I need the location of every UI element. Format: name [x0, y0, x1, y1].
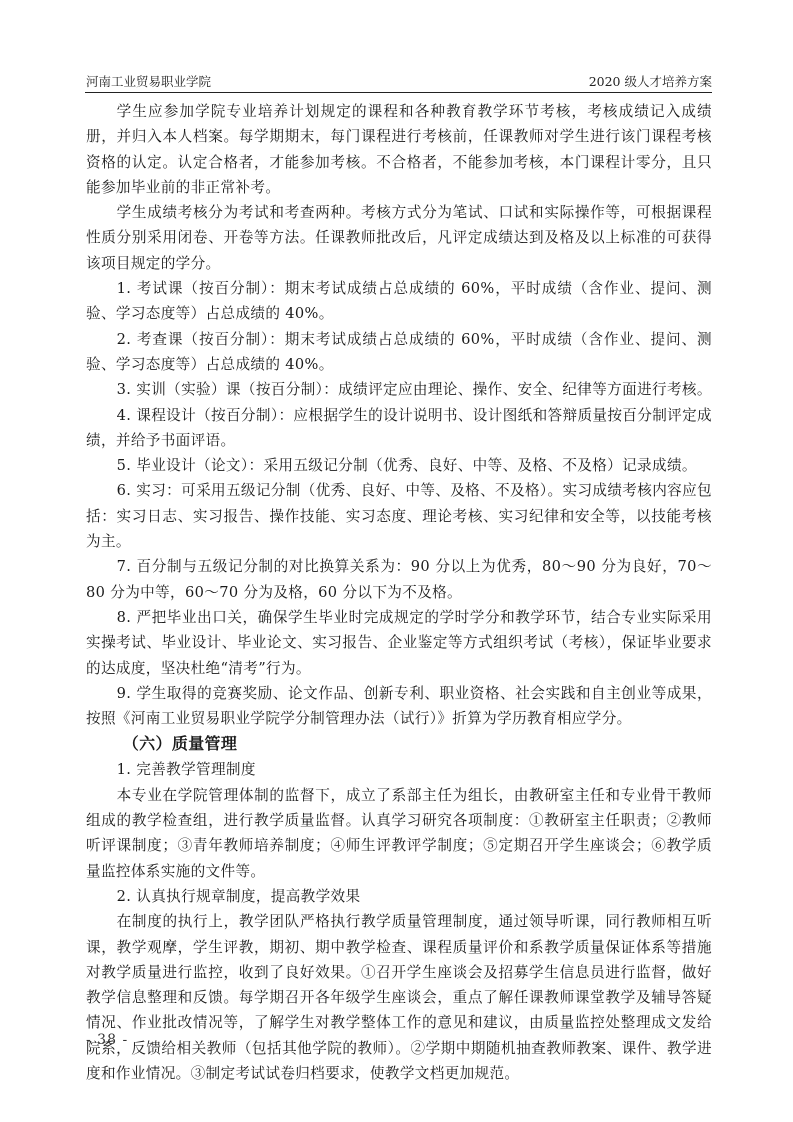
section-heading-quality-management: （六）质量管理: [86, 731, 712, 757]
list-item-graduation-design: 5. 毕业设计（论文）：采用五级记分制（优秀、良好、中等、及格、不及格）记录成绩…: [86, 453, 712, 478]
running-header: 河南工业贸易职业学院 2020 级人才培养方案: [85, 72, 712, 93]
page-number: - 38 -: [86, 1032, 128, 1048]
subheading-execute-rules: 2. 认真执行规章制度，提高教学效果: [86, 884, 712, 909]
list-item-grade-conversion: 7. 百分制与五级记分制的对比换算关系为：90 分以上为优秀，80～90 分为良…: [86, 554, 712, 605]
header-document-title: 2020 级人才培养方案: [589, 72, 712, 92]
paragraph-teaching-management: 本专业在学院管理体制的监督下，成立了系部主任为组长，由教研室主任和专业骨干教师组…: [86, 783, 712, 884]
list-item-exam-course: 1. 考试课（按百分制）：期末考试成绩占总成绩的 60%，平时成绩（含作业、提问…: [86, 276, 712, 327]
list-item-check-course: 2. 考查课（按百分制）：期末考试成绩占总成绩的 60%，平时成绩（含作业、提问…: [86, 327, 712, 378]
page-body: 学生应参加学院专业培养计划规定的课程和各种教育教学环节考核，考核成绩记入成绩册，…: [86, 99, 712, 1086]
paragraph-exam-requirements: 学生应参加学院专业培养计划规定的课程和各种教育教学环节考核，考核成绩记入成绩册，…: [86, 99, 712, 200]
list-item-credit-conversion: 9. 学生取得的竞赛奖励、论文作品、创新专利、职业资格、社会实践和自主创业等成果…: [86, 681, 712, 732]
paragraph-execute-rules: 在制度的执行上，教学团队严格执行教学质量管理制度，通过领导听课，同行教师相互听课…: [86, 909, 712, 1086]
header-institution: 河南工业贸易职业学院: [86, 72, 211, 92]
list-item-internship: 6. 实习：可采用五级记分制（优秀、良好、中等、及格、不及格）。实习成绩考核内容…: [86, 478, 712, 554]
list-item-course-design: 4. 课程设计（按百分制）：应根据学生的设计说明书、设计图纸和答辩质量按百分制评…: [86, 403, 712, 454]
paragraph-assessment-types: 学生成绩考核分为考试和考查两种。考核方式分为笔试、口试和实际操作等，可根据课程性…: [86, 200, 712, 276]
list-item-graduation-exit: 8. 严把毕业出口关，确保学生毕业时完成规定的学时学分和教学环节，结合专业实际采…: [86, 605, 712, 681]
subheading-teaching-management: 1. 完善教学管理制度: [86, 757, 712, 782]
list-item-practical-course: 3. 实训（实验）课（按百分制）：成绩评定应由理论、操作、安全、纪律等方面进行考…: [86, 377, 712, 402]
